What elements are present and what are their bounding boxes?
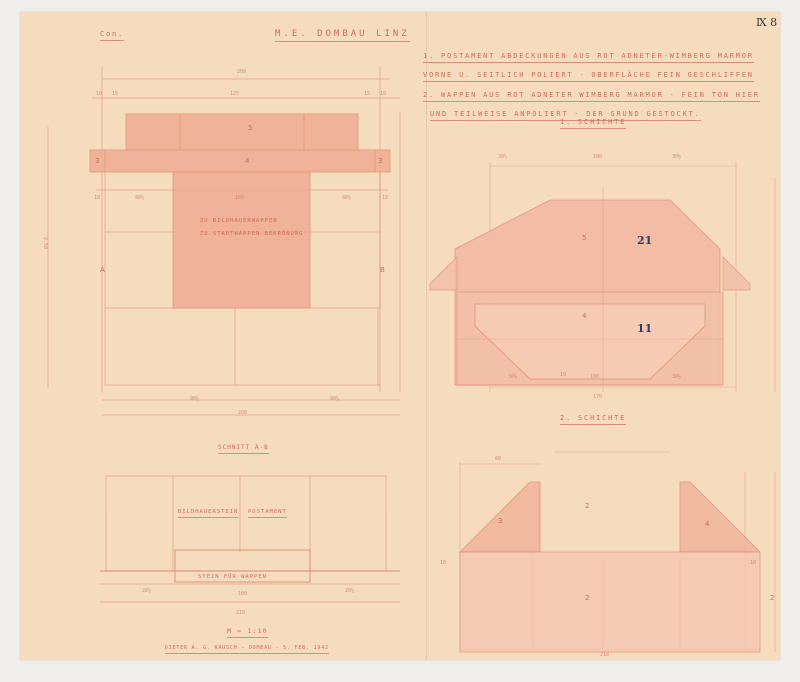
sheet-title: M.E. DOMBAU LINZ xyxy=(275,29,410,42)
view2-label-2-top: 2 xyxy=(585,502,589,510)
view1-total-dim: 170 xyxy=(593,394,602,400)
section-total-dim: 210 xyxy=(236,610,245,616)
view-2-title: 2. SCHICHTE xyxy=(560,414,626,425)
note-line-3: 2. WAPPEN AUS ROT ADNETER WIMBERG MARMOR… xyxy=(423,91,760,102)
bottom-dim-right: 90½ xyxy=(330,396,339,402)
part-label-5: 5 xyxy=(248,124,252,132)
view2-total-dim: 210 xyxy=(600,652,609,658)
section-dim-2: 100 xyxy=(238,591,247,597)
mid-dim-3: 100 xyxy=(235,195,244,201)
sheet-number: Ⅸ 8 xyxy=(756,16,777,29)
part-label-3-left: 3 xyxy=(95,157,99,165)
slot-label: STEIN FÜR WAPPEN xyxy=(198,574,267,580)
mid-dim-1: 10 xyxy=(94,195,100,201)
center-note-2: ZU STADTWAPPEN-BEKRÖNUNG xyxy=(200,231,303,237)
view2-side-dim-left: 10 xyxy=(440,560,446,566)
top-dim-5: 10 xyxy=(380,91,386,97)
ink-mark-upper: 21 xyxy=(637,234,652,247)
footer-signature: DIETER A. G. RAUSCH - DOMBAU - 5. FEB. 1… xyxy=(165,645,329,654)
view2-label-2-mid: 2 xyxy=(585,594,589,602)
header-left-label: Con. xyxy=(100,30,124,41)
view-1-title: 1. SCHICHTE xyxy=(560,118,626,129)
view1-label-4: 4 xyxy=(582,312,586,320)
view2-label-3: 3 xyxy=(498,517,502,525)
bottom-total-dim: 200 xyxy=(238,410,247,416)
section-dim-3: 20½ xyxy=(345,588,354,594)
view2-top-dim: 60 xyxy=(495,456,501,462)
view1-bottom-dim-3: 100 xyxy=(590,374,599,380)
view1-top-dim-1: 30½ xyxy=(498,154,507,160)
view1-bottom-dim-1: 30½ xyxy=(508,374,517,380)
center-note-1: ZU BILDHAUERWAPPEN xyxy=(200,218,278,224)
view1-top-dim-2: 100 xyxy=(593,154,602,160)
top-dim-1: 10 xyxy=(96,91,102,97)
mid-dim-4: 40½ xyxy=(342,195,351,201)
top-dim-3: 125 xyxy=(230,91,239,97)
section-dim-1: 20½ xyxy=(142,588,151,594)
scale-label: M = 1:10 xyxy=(227,627,268,638)
section-label-left: BILDHAUERSTEIN xyxy=(178,509,238,518)
top-dim-2: 15 xyxy=(112,91,118,97)
mid-dim-2: 40½ xyxy=(135,195,144,201)
part-label-3-right: 3 xyxy=(378,157,382,165)
bottom-dim-left: 90½ xyxy=(190,396,199,402)
view1-bottom-dim-2: 10 xyxy=(560,372,566,378)
view1-bottom-dim-4: 30½ xyxy=(672,374,681,380)
view2-label-4: 4 xyxy=(705,520,709,528)
note-line-2: VORNE U. SEITLICH POLIERT - OBERFLÄCHE F… xyxy=(423,71,754,82)
section-mark-a: A xyxy=(100,266,105,274)
part-label-4: 4 xyxy=(245,157,249,165)
note-line-1: 1. POSTAMENT ABDECKUNGEN AUS ROT ADNETER… xyxy=(423,52,754,63)
drawing-sheet: Con. M.E. DOMBAU LINZ Ⅸ 8 1. POSTAMENT A… xyxy=(20,12,780,660)
ink-mark-lower: 11 xyxy=(637,322,652,335)
overall-dimension: 200 xyxy=(237,69,246,75)
view1-top-dim-3: 30½ xyxy=(672,154,681,160)
section-ab-title: SCHNITT A-B xyxy=(218,444,269,454)
section-label-right: POSTAMENT xyxy=(248,509,287,518)
view1-label-5: 5 xyxy=(582,234,586,242)
view2-side-dim-right: 10 xyxy=(750,560,756,566)
view2-label-2-side: 2 xyxy=(770,594,774,602)
height-dimension: 2.50 xyxy=(42,237,48,249)
mid-dim-5: 10 xyxy=(382,195,388,201)
top-dim-4: 15 xyxy=(364,91,370,97)
section-mark-b: B xyxy=(380,266,385,274)
